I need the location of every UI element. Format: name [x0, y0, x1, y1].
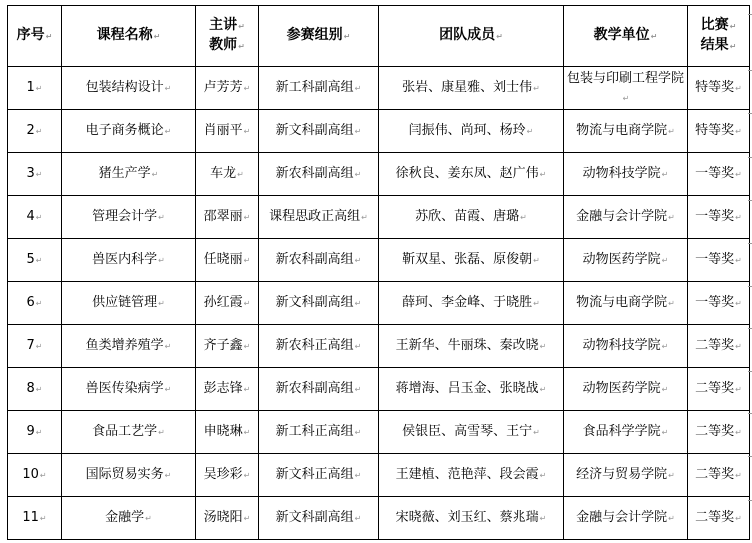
cell-teacher: 彭志锋↵	[196, 368, 259, 411]
cell-group: 新农科副高组↵	[259, 368, 379, 411]
cell-unit: 包装与印刷工程学院↵	[564, 67, 688, 110]
cell-teacher: 汤晓阳↵	[196, 497, 259, 540]
paragraph-mark-icon: ↵	[355, 342, 362, 351]
row-end-mark-icon	[748, 113, 752, 118]
paragraph-mark-icon: ↵	[36, 385, 43, 394]
cell-group: 新工科正高组↵	[259, 411, 379, 454]
row-end-mark-icon	[748, 157, 752, 162]
row-end-mark-icon	[748, 371, 752, 376]
cell-unit: 经济与贸易学院↵	[564, 454, 688, 497]
cell-index: 4↵	[8, 196, 62, 239]
cell-result: 一等奖↵	[688, 196, 750, 239]
paragraph-mark-icon: ↵	[355, 127, 362, 136]
header-members: 团队成员↵	[379, 6, 564, 67]
cell-index: 11↵	[8, 497, 62, 540]
paragraph-mark-icon: ↵	[46, 32, 53, 41]
cell-index: 2↵	[8, 110, 62, 153]
paragraph-mark-icon: ↵	[623, 94, 630, 103]
paragraph-mark-icon: ↵	[662, 342, 669, 351]
paragraph-mark-icon: ↵	[244, 428, 251, 437]
paragraph-mark-icon: ↵	[668, 213, 675, 222]
cell-unit: 动物医药学院↵	[564, 239, 688, 282]
paragraph-mark-icon: ↵	[355, 385, 362, 394]
cell-teacher: 邵翠丽↵	[196, 196, 259, 239]
paragraph-mark-icon: ↵	[154, 32, 161, 41]
paragraph-mark-icon: ↵	[735, 256, 742, 265]
paragraph-mark-icon: ↵	[244, 385, 251, 394]
paragraph-mark-icon: ↵	[40, 514, 47, 523]
header-index: 序号↵	[8, 6, 62, 67]
header-group: 参赛组别↵	[259, 6, 379, 67]
paragraph-mark-icon: ↵	[662, 385, 669, 394]
cell-course: 鱼类增养殖学↵	[62, 325, 196, 368]
paragraph-mark-icon: ↵	[735, 471, 742, 480]
table-row: 6↵ 供应链管理↵ 孙红霞↵ 新文科副高组↵ 薛珂、李金峰、于晓胜↵ 物流与电商…	[8, 282, 750, 325]
paragraph-mark-icon: ↵	[730, 22, 737, 31]
cell-index: 5↵	[8, 239, 62, 282]
cell-unit: 物流与电商学院↵	[564, 282, 688, 325]
paragraph-mark-icon: ↵	[662, 170, 669, 179]
cell-course: 供应链管理↵	[62, 282, 196, 325]
paragraph-mark-icon: ↵	[361, 213, 368, 222]
table-row: 8↵ 兽医传染病学↵ 彭志锋↵ 新农科副高组↵ 蒋增海、吕玉金、张晓战↵ 动物医…	[8, 368, 750, 411]
paragraph-mark-icon: ↵	[735, 428, 742, 437]
paragraph-mark-icon: ↵	[40, 471, 47, 480]
cell-unit: 食品科学学院↵	[564, 411, 688, 454]
paragraph-mark-icon: ↵	[540, 342, 547, 351]
table-row: 7↵ 鱼类增养殖学↵ 齐子鑫↵ 新农科正高组↵ 王新华、牛丽珠、秦改晓↵ 动物科…	[8, 325, 750, 368]
row-end-mark-icon	[748, 200, 752, 205]
paragraph-mark-icon: ↵	[36, 127, 43, 136]
paragraph-mark-icon: ↵	[244, 127, 251, 136]
paragraph-mark-icon: ↵	[496, 32, 503, 41]
cell-teacher: 申晓琳↵	[196, 411, 259, 454]
cell-course: 国际贸易实务↵	[62, 454, 196, 497]
cell-unit: 物流与电商学院↵	[564, 110, 688, 153]
paragraph-mark-icon: ↵	[237, 170, 244, 179]
paragraph-mark-icon: ↵	[36, 342, 43, 351]
paragraph-mark-icon: ↵	[145, 514, 152, 523]
cell-teacher: 齐子鑫↵	[196, 325, 259, 368]
paragraph-mark-icon: ↵	[152, 170, 159, 179]
paragraph-mark-icon: ↵	[36, 213, 43, 222]
table-row: 4↵ 管理会计学↵ 邵翠丽↵ 课程思政正高组↵ 苏欣、苗霞、唐璐↵ 金融与会计学…	[8, 196, 750, 239]
paragraph-mark-icon: ↵	[735, 170, 742, 179]
paragraph-mark-icon: ↵	[735, 127, 742, 136]
paragraph-mark-icon: ↵	[244, 471, 251, 480]
cell-group: 课程思政正高组↵	[259, 196, 379, 239]
cell-teacher: 车龙↵	[196, 153, 259, 196]
paragraph-mark-icon: ↵	[662, 256, 669, 265]
cell-course: 管理会计学↵	[62, 196, 196, 239]
header-row: 序号↵ 课程名称↵ 主讲↵教师↵ 参赛组别↵ 团队成员↵ 教学单位↵ 比赛↵结果…	[8, 6, 750, 67]
paragraph-mark-icon: ↵	[36, 299, 43, 308]
cell-course: 金融学↵	[62, 497, 196, 540]
cell-members: 王新华、牛丽珠、秦改晓↵	[379, 325, 564, 368]
paragraph-mark-icon: ↵	[244, 514, 251, 523]
paragraph-mark-icon: ↵	[36, 170, 43, 179]
paragraph-mark-icon: ↵	[735, 385, 742, 394]
paragraph-mark-icon: ↵	[165, 385, 172, 394]
row-end-mark-icon	[748, 286, 752, 291]
paragraph-mark-icon: ↵	[165, 127, 172, 136]
paragraph-mark-icon: ↵	[520, 213, 527, 222]
row-end-mark-icon	[748, 328, 752, 333]
header-result: 比赛↵结果↵	[688, 6, 750, 67]
cell-teacher: 吴珍彩↵	[196, 454, 259, 497]
paragraph-mark-icon: ↵	[735, 342, 742, 351]
cell-members: 苏欣、苗霞、唐璐↵	[379, 196, 564, 239]
cell-index: 7↵	[8, 325, 62, 368]
row-end-mark-icon	[748, 243, 752, 248]
paragraph-mark-icon: ↵	[355, 299, 362, 308]
cell-members: 侯银臣、高雪琴、王宁↵	[379, 411, 564, 454]
paragraph-mark-icon: ↵	[540, 170, 547, 179]
cell-group: 新农科正高组↵	[259, 325, 379, 368]
paragraph-mark-icon: ↵	[527, 127, 534, 136]
row-end-mark-icon	[748, 70, 752, 75]
paragraph-mark-icon: ↵	[238, 22, 245, 31]
cell-members: 徐秋良、姜东凤、赵广伟↵	[379, 153, 564, 196]
paragraph-mark-icon: ↵	[158, 256, 165, 265]
paragraph-mark-icon: ↵	[158, 428, 165, 437]
paragraph-mark-icon: ↵	[668, 299, 675, 308]
cell-course: 电子商务概论↵	[62, 110, 196, 153]
paragraph-mark-icon: ↵	[533, 84, 540, 93]
cell-index: 8↵	[8, 368, 62, 411]
cell-result: 特等奖↵	[688, 110, 750, 153]
paragraph-mark-icon: ↵	[540, 471, 547, 480]
paragraph-mark-icon: ↵	[668, 127, 675, 136]
paragraph-mark-icon: ↵	[36, 84, 43, 93]
paragraph-mark-icon: ↵	[36, 256, 43, 265]
cell-group: 新工科副高组↵	[259, 67, 379, 110]
paragraph-mark-icon: ↵	[238, 42, 245, 51]
paragraph-mark-icon: ↵	[355, 84, 362, 93]
paragraph-mark-icon: ↵	[355, 256, 362, 265]
cell-result: 一等奖↵	[688, 153, 750, 196]
paragraph-mark-icon: ↵	[668, 471, 675, 480]
cell-result: 特等奖↵	[688, 67, 750, 110]
table-row: 9↵ 食品工艺学↵ 申晓琳↵ 新工科正高组↵ 侯银臣、高雪琴、王宁↵ 食品科学学…	[8, 411, 750, 454]
paragraph-mark-icon: ↵	[244, 213, 251, 222]
cell-teacher: 任晓丽↵	[196, 239, 259, 282]
award-table: 序号↵ 课程名称↵ 主讲↵教师↵ 参赛组别↵ 团队成员↵ 教学单位↵ 比赛↵结果…	[7, 5, 750, 540]
cell-unit: 动物科技学院↵	[564, 325, 688, 368]
paragraph-mark-icon: ↵	[244, 84, 251, 93]
cell-teacher: 肖丽平↵	[196, 110, 259, 153]
row-end-mark-icon	[748, 14, 752, 19]
paragraph-mark-icon: ↵	[244, 256, 251, 265]
cell-course: 兽医传染病学↵	[62, 368, 196, 411]
row-end-mark-icon	[748, 413, 752, 418]
cell-members: 宋晓薇、刘玉红、蔡兆瑞↵	[379, 497, 564, 540]
cell-index: 3↵	[8, 153, 62, 196]
table-row: 11↵ 金融学↵ 汤晓阳↵ 新文科副高组↵ 宋晓薇、刘玉红、蔡兆瑞↵ 金融与会计…	[8, 497, 750, 540]
header-course: 课程名称↵	[62, 6, 196, 67]
cell-members: 靳双星、张磊、原俊朝↵	[379, 239, 564, 282]
paragraph-mark-icon: ↵	[355, 514, 362, 523]
paragraph-mark-icon: ↵	[651, 32, 658, 41]
paragraph-mark-icon: ↵	[540, 514, 547, 523]
cell-result: 二等奖↵	[688, 368, 750, 411]
paragraph-mark-icon: ↵	[355, 471, 362, 480]
paragraph-mark-icon: ↵	[344, 32, 351, 41]
cell-unit: 金融与会计学院↵	[564, 497, 688, 540]
cell-teacher: 孙红霞↵	[196, 282, 259, 325]
cell-course: 包装结构设计↵	[62, 67, 196, 110]
table-row: 1↵ 包装结构设计↵ 卢芳芳↵ 新工科副高组↵ 张岩、康星雅、刘士伟↵ 包装与印…	[8, 67, 750, 110]
paragraph-mark-icon: ↵	[730, 42, 737, 51]
cell-course: 兽医内科学↵	[62, 239, 196, 282]
cell-course: 猪生产学↵	[62, 153, 196, 196]
paragraph-mark-icon: ↵	[165, 342, 172, 351]
cell-index: 10↵	[8, 454, 62, 497]
paragraph-mark-icon: ↵	[165, 84, 172, 93]
cell-result: 一等奖↵	[688, 282, 750, 325]
cell-members: 张岩、康星雅、刘士伟↵	[379, 67, 564, 110]
paragraph-mark-icon: ↵	[533, 256, 540, 265]
cell-result: 二等奖↵	[688, 411, 750, 454]
cell-result: 二等奖↵	[688, 497, 750, 540]
cell-result: 二等奖↵	[688, 454, 750, 497]
paragraph-mark-icon: ↵	[355, 428, 362, 437]
paragraph-mark-icon: ↵	[158, 213, 165, 222]
paragraph-mark-icon: ↵	[540, 385, 547, 394]
paragraph-mark-icon: ↵	[165, 471, 172, 480]
cell-unit: 动物医药学院↵	[564, 368, 688, 411]
paragraph-mark-icon: ↵	[158, 299, 165, 308]
paragraph-mark-icon: ↵	[244, 342, 251, 351]
cell-group: 新文科副高组↵	[259, 282, 379, 325]
table-row: 3↵ 猪生产学↵ 车龙↵ 新农科副高组↵ 徐秋良、姜东凤、赵广伟↵ 动物科技学院…	[8, 153, 750, 196]
table-row: 10↵ 国际贸易实务↵ 吴珍彩↵ 新文科正高组↵ 王建植、范艳萍、段会霞↵ 经济…	[8, 454, 750, 497]
cell-members: 蒋增海、吕玉金、张晓战↵	[379, 368, 564, 411]
cell-result: 二等奖↵	[688, 325, 750, 368]
cell-members: 闫振伟、尚珂、杨玲↵	[379, 110, 564, 153]
cell-group: 新农科副高组↵	[259, 153, 379, 196]
paragraph-mark-icon: ↵	[735, 213, 742, 222]
cell-group: 新文科正高组↵	[259, 454, 379, 497]
cell-group: 新文科副高组↵	[259, 110, 379, 153]
paragraph-mark-icon: ↵	[36, 428, 43, 437]
cell-course: 食品工艺学↵	[62, 411, 196, 454]
cell-teacher: 卢芳芳↵	[196, 67, 259, 110]
cell-members: 王建植、范艳萍、段会霞↵	[379, 454, 564, 497]
cell-group: 新农科副高组↵	[259, 239, 379, 282]
paragraph-mark-icon: ↵	[662, 428, 669, 437]
paragraph-mark-icon: ↵	[533, 299, 540, 308]
paragraph-mark-icon: ↵	[735, 84, 742, 93]
paragraph-mark-icon: ↵	[735, 514, 742, 523]
table-row: 5↵ 兽医内科学↵ 任晓丽↵ 新农科副高组↵ 靳双星、张磊、原俊朝↵ 动物医药学…	[8, 239, 750, 282]
paragraph-mark-icon: ↵	[735, 299, 742, 308]
cell-index: 1↵	[8, 67, 62, 110]
paragraph-mark-icon: ↵	[355, 170, 362, 179]
paragraph-mark-icon: ↵	[668, 514, 675, 523]
cell-unit: 金融与会计学院↵	[564, 196, 688, 239]
cell-group: 新文科副高组↵	[259, 497, 379, 540]
cell-result: 一等奖↵	[688, 239, 750, 282]
header-unit: 教学单位↵	[564, 6, 688, 67]
table-row: 2↵ 电子商务概论↵ 肖丽平↵ 新文科副高组↵ 闫振伟、尚珂、杨玲↵ 物流与电商…	[8, 110, 750, 153]
paragraph-mark-icon: ↵	[244, 299, 251, 308]
row-end-mark-icon	[748, 456, 752, 461]
cell-index: 6↵	[8, 282, 62, 325]
cell-index: 9↵	[8, 411, 62, 454]
header-teacher: 主讲↵教师↵	[196, 6, 259, 67]
cell-unit: 动物科技学院↵	[564, 153, 688, 196]
paragraph-mark-icon: ↵	[533, 428, 540, 437]
row-end-mark-icon	[748, 500, 752, 505]
cell-members: 薛珂、李金峰、于晓胜↵	[379, 282, 564, 325]
